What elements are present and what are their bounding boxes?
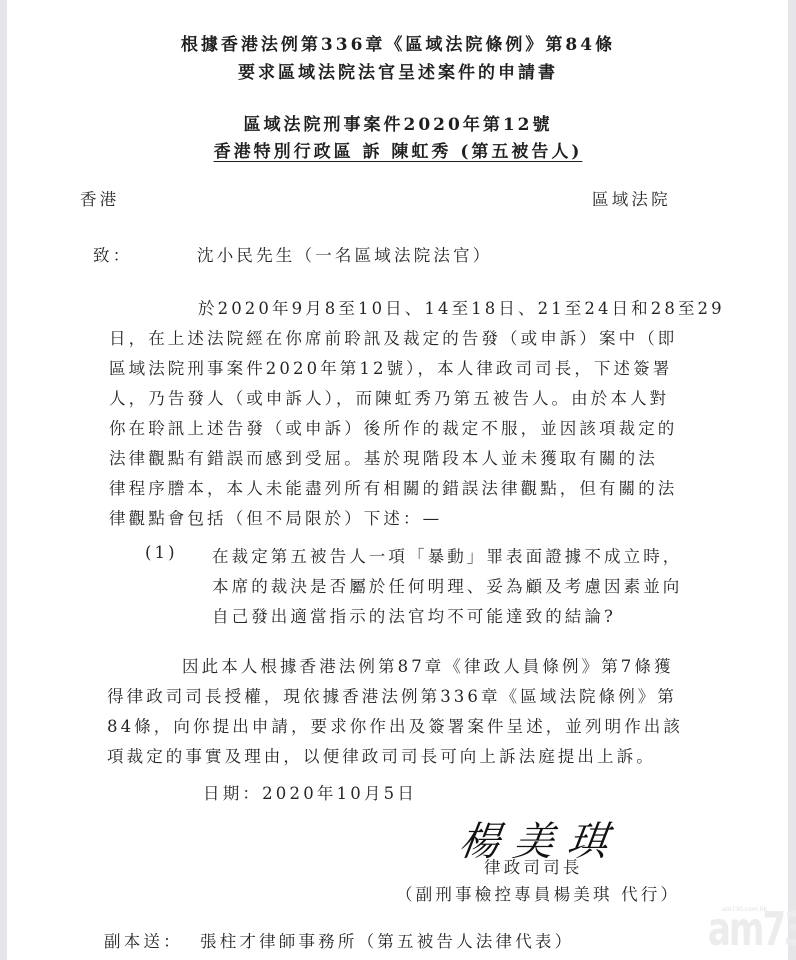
signatory-acting: （副刑事檢控專員楊美琪 代行）: [396, 881, 680, 905]
cc-label: 副本送：: [104, 928, 183, 952]
watermark-logo: am730: [708, 903, 796, 957]
paragraph-1-line: 日，在上述法院經在你席前聆訊及裁定的告發（或申訴）案中（即: [109, 325, 677, 349]
point-1-line: 本席的裁決是否屬於任何明理、妥為顧及考慮因素並向: [212, 573, 682, 597]
paragraph-1-line: 於2020年9月8至10日、14至18日、21至24日和28至29: [198, 295, 725, 319]
document-title-line1: 根據香港法例第336章《區域法院條例》第84條: [0, 30, 796, 55]
paragraph-1-line: 人，乃告發人（或申訴人），而陳虹秀乃第五被告人。由於本人對: [109, 385, 669, 409]
case-parties: 香港特別行政區 訴 陳虹秀 (第五被告人): [0, 137, 796, 162]
to-recipient: 沈小民先生（一名區域法院法官）: [197, 242, 493, 266]
cc-recipient: 張柱才律師事務所（第五被告人法律代表）: [200, 928, 574, 952]
to-label: 致：: [93, 242, 132, 266]
location-left: 香港: [80, 186, 119, 210]
paragraph-1-line: 你在聆訊上述告發（或申訴）後所作的裁定不服，並因該項裁定的: [109, 415, 677, 439]
case-number: 區域法院刑事案件2020年第12號: [0, 110, 796, 135]
point-1-number: (1): [145, 543, 178, 562]
paragraph-2-line: 因此本人根據香港法例第87章《律政人員條例》第7條獲: [182, 653, 674, 677]
paragraph-1-line: 律觀點會包括（但不局限於）下述：—: [109, 505, 442, 529]
paragraph-1-line: 律程序謄本，本人未能盡列所有相關的錯誤法律觀點，但有關的法: [109, 475, 677, 499]
paragraph-2-line: 84條，向你提出申請，要求你作出及簽署案件呈述，並列明作出該: [107, 713, 683, 737]
case-parties-text: 香港特別行政區 訴 陳虹秀 (第五被告人): [214, 142, 583, 162]
point-1-line: 自己發出適當指示的法官均不可能達致的結論?: [212, 603, 616, 627]
paragraph-2-line: 項裁定的事實及理由，以便律政司司長可向上訴法庭提出上訴。: [107, 743, 656, 767]
paragraph-1-line: 法律觀點有錯誤而感到受屈。基於現階段本人並未獲取有關的法: [109, 445, 658, 469]
signatory-title: 律政司司長: [484, 854, 583, 878]
paragraph-2-line: 得律政司司長授權，現依據香港法例第336章《區域法院條例》第: [107, 683, 677, 707]
document-title-line2: 要求區域法院法官呈述案件的申請書: [0, 58, 796, 83]
point-1-line: 在裁定第五被告人一項「暴動」罪表面證據不成立時，: [212, 543, 682, 567]
date-line: 日期：2020年10月5日: [203, 780, 417, 804]
location-right: 區域法院: [592, 186, 671, 210]
paragraph-1-line: 區域法院刑事案件2020年第12號），本人律政司司長，下述簽署: [109, 355, 672, 379]
